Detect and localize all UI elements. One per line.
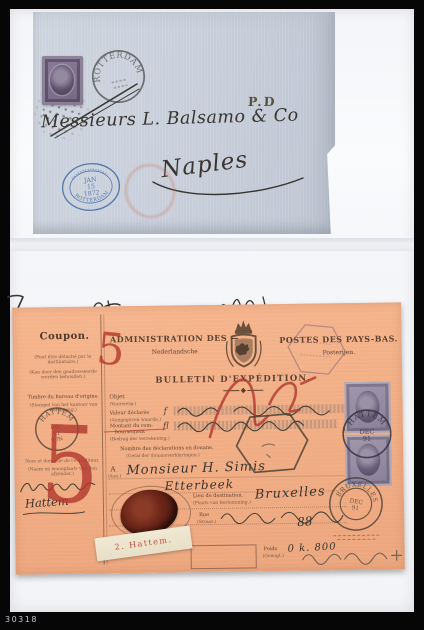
origin-stamp-label-fr: Timbre du bureau d'origine.	[19, 394, 107, 401]
coupon-title: Coupon.	[28, 330, 100, 343]
field-douane-fr: Nombre des déclarations en douane.	[120, 446, 214, 453]
address-a-label: A	[110, 465, 115, 473]
bulletin-card: Coupon. (Peut être détaché par le destin…	[12, 302, 405, 574]
signature-path	[303, 550, 402, 565]
fine-print-line	[337, 539, 375, 541]
stamps-cds-town: HATTEM	[345, 409, 388, 427]
rue-label-nl: (Straat.)	[197, 520, 216, 525]
routing-label-text: 2. Hattem.	[114, 535, 173, 552]
field-objet-fr: Objet	[109, 394, 124, 401]
album-page: ROTTERDAM P.D Messieurs L. Balsamo & Co …	[10, 9, 414, 612]
dest-label-nl: (Plaats van bestemming.)	[193, 500, 251, 506]
coupon-note-fr: (Peut être détaché par le destinataire.)	[21, 354, 105, 366]
montant-currency-mark: fl	[163, 422, 169, 432]
field-objet-nl: (Voorwerp.)	[109, 402, 136, 408]
red-weight-figure-top: 5	[94, 323, 127, 376]
letter-cover: ROTTERDAM P.D Messieurs L. Balsamo & Co …	[33, 12, 335, 234]
weight-label-nl: (Gewigt.)	[263, 554, 284, 559]
weight-label-fr: Poids	[264, 547, 278, 553]
field-douane-nl: (Getal der douaneverklaringen.)	[126, 453, 200, 459]
stamps-cds-art: HATTEM DEC 91	[343, 409, 391, 458]
svg-text:HATTEM: HATTEM	[345, 409, 388, 427]
hattem-cds-on-stamps: HATTEM DEC 91	[340, 406, 395, 461]
red-weight-figure-left: 5	[39, 403, 100, 528]
arrival-cds-line2: 91	[351, 505, 359, 512]
flourish-path	[153, 178, 303, 194]
franking-box-outline	[190, 544, 256, 569]
destination-script: Bruxelles	[254, 484, 326, 502]
dest-label-fr: Lieu de destination.	[193, 494, 243, 500]
stamps-cds-line2: 91	[363, 435, 371, 443]
photo-stage: ROTTERDAM P.D Messieurs L. Balsamo & Co …	[0, 0, 424, 630]
valeur-currency-mark: f	[164, 407, 167, 417]
coupon-note-nl: (Kan door den geadresseerde worden behou…	[21, 369, 105, 381]
bruxelles-arrival-cds: BRUXELLES DEC 91	[323, 471, 390, 538]
street-number-script: 88	[297, 514, 313, 529]
blue-oval-art: JAN 15 1872 ROTTERDAM	[60, 161, 121, 213]
routing-label: 2. Hattem.	[94, 526, 192, 562]
field-montant-nl: (Bedrag der verrekening.)	[110, 437, 170, 443]
rue-label: Rue	[199, 513, 209, 519]
blue-oval-cds-postmark: JAN 15 1872 ROTTERDAM	[57, 156, 125, 218]
address-a-label-nl: (Aan.)	[107, 474, 121, 479]
signature-handwriting	[301, 544, 413, 568]
sleeve-seam	[10, 238, 414, 251]
arrival-cds-art: BRUXELLES DEC 91	[326, 474, 386, 534]
watermark-number: 30318	[5, 615, 38, 624]
field-valeur-fr: Valeur déclarée	[110, 411, 150, 417]
